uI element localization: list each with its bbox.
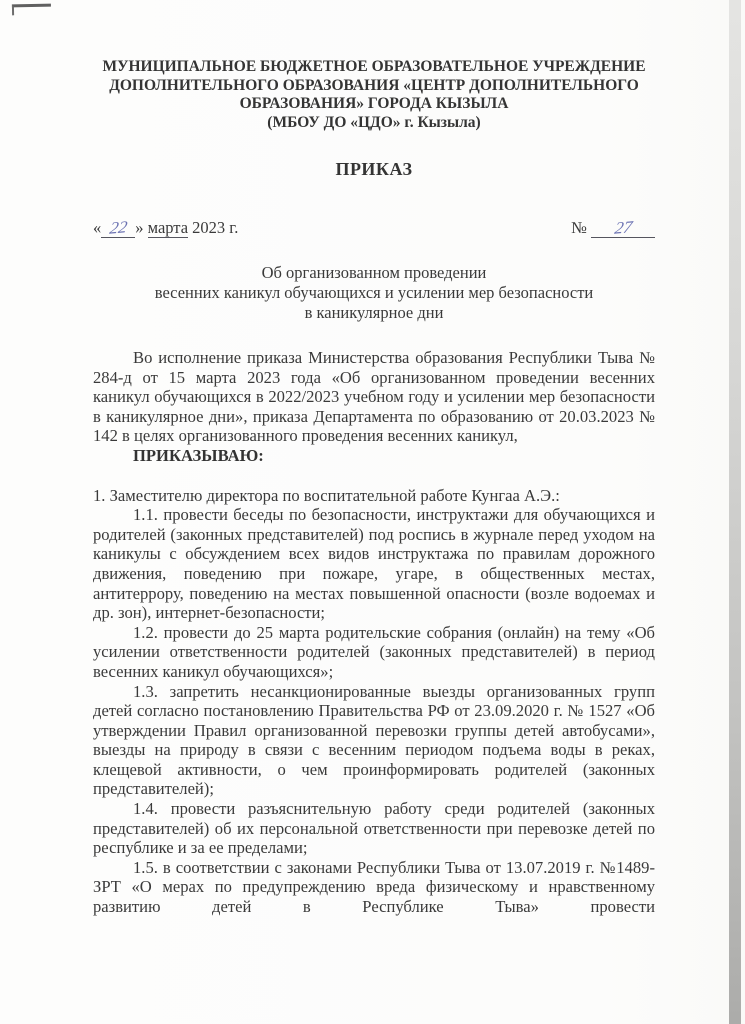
order-item-1: 1. Заместителю директора по воспитательн… [93,486,655,506]
scan-edge-shadow [729,0,741,1024]
document-content: МУНИЦИПАЛЬНОЕ БЮДЖЕТНОЕ ОБРАЗОВАТЕЛЬНОЕ … [93,58,655,917]
subject-line-2: весенних каникул обучающихся и усилении … [93,283,655,303]
handwritten-number: 27 [613,218,633,236]
order-keyword: ПРИКАЗЫВАЮ: [93,446,655,466]
org-name-block: МУНИЦИПАЛЬНОЕ БЮДЖЕТНОЕ ОБРАЗОВАТЕЛЬНОЕ … [93,58,655,132]
org-name-line-3: ОБРАЗОВАНИЯ» ГОРОДА КЫЗЫЛА [93,95,655,114]
date-open-quote: « [93,218,101,237]
org-name-line-4: (МБОУ ДО «ЦДО» г. Кызыла) [93,114,655,133]
date-number-row: «22» марта 2023 г. № 27 [93,218,655,238]
org-name-line-2: ДОПОЛНИТЕЛЬНОГО ОБРАЗОВАНИЯ «ЦЕНТР ДОПОЛ… [93,77,655,96]
subject-line-3: в каникулярное дни [93,303,655,323]
order-item-1-5: 1.5. в соответствии с законами Республик… [93,858,655,917]
date-field: «22» марта 2023 г. [93,218,238,238]
order-item-1-4: 1.4. провести разъяснительную работу сре… [93,799,655,858]
scan-corner-mark [12,4,51,16]
order-item-1-3: 1.3. запретить несанкционированные выезд… [93,682,655,800]
date-close-quote: » [135,218,143,237]
number-slot: 27 [591,219,655,238]
preamble-paragraph: Во исполнение приказа Министерства образ… [93,348,655,446]
date-month: марта [148,218,188,238]
document-page: МУНИЦИПАЛЬНОЕ БЮДЖЕТНОЕ ОБРАЗОВАТЕЛЬНОЕ … [0,0,745,1024]
number-sign: № [571,218,587,237]
order-item-1-1: 1.1. провести беседы по безопасности, ин… [93,505,655,623]
number-field: № 27 [571,218,655,238]
date-day-slot: 22 [101,219,135,238]
order-items: 1. Заместителю директора по воспитательн… [93,486,655,917]
date-year: 2023 г. [192,218,238,237]
handwritten-day: 22 [108,218,128,236]
subject-line-1: Об организованном проведении [93,263,655,283]
order-item-1-2: 1.2. провести до 25 марта родительские с… [93,623,655,682]
order-subject: Об организованном проведении весенних ка… [93,263,655,323]
doc-type-title: ПРИКАЗ [93,159,655,180]
org-name-line-1: МУНИЦИПАЛЬНОЕ БЮДЖЕТНОЕ ОБРАЗОВАТЕЛЬНОЕ … [93,58,655,77]
